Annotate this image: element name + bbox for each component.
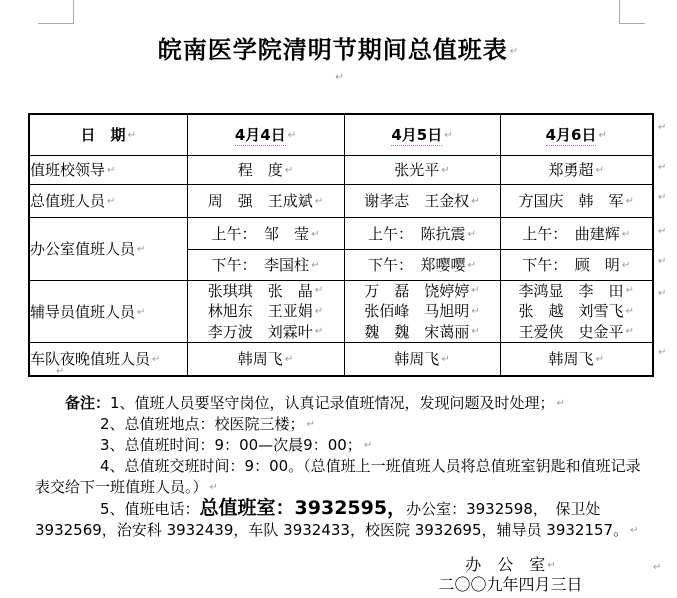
leader-cell-day3: 郑勇超↵ (500, 155, 653, 184)
row-end-mark: ↵ (658, 226, 666, 237)
table-row-office-morning: 办公室值班人员↵ 上午： 邹 莹↵ 上午： 陈抗震↵ 上午： 曲建辉↵ (29, 217, 653, 249)
general-cell-day1: 周 强 王成斌↵ (187, 184, 344, 217)
signature-office: 办 公 室↵ (403, 555, 618, 575)
paragraph-mark: ↵ (557, 398, 565, 409)
cell-end-mark: ↵ (315, 196, 323, 207)
paragraph-mark: ↵ (630, 525, 638, 536)
page-margin-corner-right (619, 0, 645, 24)
row-label-counselor-duty: 辅导员值班人员↵ (29, 280, 187, 343)
cell-end-mark: ↵ (596, 165, 604, 176)
note-item-4: 4、总值班交班时间：9：00。（总值班上一班值班人员将总值班室钥匙和值班记录表交… (35, 456, 650, 498)
header-cell-april-4: 4月4日↵ (187, 114, 344, 155)
line-end-mark: ↵ (471, 285, 479, 296)
signature-block: 办 公 室↵ 二〇〇九年四月三日 (403, 555, 618, 594)
cell-end-mark: ↵ (128, 130, 136, 141)
row-end-mark: ↵ (658, 288, 666, 299)
cell-end-mark: ↵ (598, 130, 606, 141)
office-morning-day3: 上午： 曲建辉↵ (500, 217, 653, 249)
notes-heading: 备注： (65, 394, 110, 412)
document-title-text: 皖南医学院清明节期间总值班表 (158, 36, 508, 64)
paragraph-mark: ↵ (510, 46, 519, 57)
counselor-line: 张 越 刘雪飞↵ (501, 301, 653, 322)
table-row-fleet-night: 车队夜晚值班人员↵ 韩周飞↵ 韩周飞↵ 韩周飞↵ (29, 343, 653, 376)
counselor-line: 魏 魏 宋蔼丽↵ (345, 322, 500, 343)
note-item-1: 备注：1、值班人员要坚守岗位，认真记录值班情况，发现问题及时处理；↵ (35, 393, 650, 414)
row-label-general-duty: 总值班人员↵ (29, 184, 187, 217)
fleet-cell-day2: 韩周飞↵ (344, 343, 500, 376)
cell-end-mark: ↵ (596, 354, 604, 365)
document-title: 皖南医学院清明节期间总值班表↵ (0, 30, 677, 65)
note-item-5: 5、值班电话：总值班室：3932595，办公室：3932598， 保卫处 393… (35, 498, 650, 541)
paragraph-mark: ↵ (307, 419, 315, 430)
fleet-cell-day3: 韩周飞↵ (500, 343, 653, 376)
office-afternoon-day1: 下午： 李国柱↵ (187, 249, 344, 280)
row-end-mark: ↵ (658, 122, 666, 133)
cell-end-mark: ↵ (468, 229, 476, 240)
duty-room-phone-highlight: 总值班室：3932595， (200, 497, 407, 519)
header-cell-april-6: 4月6日↵ (500, 114, 653, 155)
line-end-mark: ↵ (626, 285, 634, 296)
header-cell-date-label: 日 期↵ (29, 114, 187, 155)
cell-end-mark: ↵ (152, 354, 160, 365)
header-cell-april-5: 4月5日↵ (344, 114, 500, 155)
line-end-mark: ↵ (315, 326, 323, 337)
fleet-cell-day1: 韩周飞↵ (187, 343, 344, 376)
row-end-mark: ↵ (658, 256, 666, 267)
cell-end-mark: ↵ (107, 165, 115, 176)
general-cell-day3: 方国庆 韩 军↵ (500, 184, 653, 217)
cell-end-mark: ↵ (622, 229, 630, 240)
leader-cell-day2: 张光平↵ (344, 155, 500, 184)
row-end-mark: ↵ (658, 162, 666, 173)
note-item-3: 3、总值班时间：9：00—次晨9：00；↵ (35, 435, 650, 456)
cell-end-mark: ↵ (311, 229, 319, 240)
table-row-dates: 日 期↵ 4月4日↵ 4月5日↵ 4月6日↵ (29, 114, 653, 155)
general-cell-day2: 谢孝志 王金权↵ (344, 184, 500, 217)
note-item-2: 2、总值班地点：校医院三楼；↵ (35, 414, 650, 435)
counselor-line: 张佰峰 马旭明↵ (345, 301, 500, 322)
cell-end-mark: ↵ (288, 130, 296, 141)
paragraph-mark: ↵ (364, 440, 372, 451)
row-label-school-leader: 值班校领导↵ (29, 155, 187, 184)
cell-end-mark: ↵ (471, 196, 479, 207)
signature-date: 二〇〇九年四月三日 (403, 575, 618, 594)
row-label-fleet-night-duty: 车队夜晚值班人员↵ (29, 343, 187, 376)
cell-end-mark: ↵ (441, 354, 449, 365)
office-morning-day2: 上午： 陈抗震↵ (344, 217, 500, 249)
counselor-cell-day1: 张琪琪 张 晶↵ 林旭东 王亚娟↵ 李万波 刘霖叶↵ (187, 280, 344, 343)
empty-paragraph: ↵ (0, 65, 677, 89)
office-afternoon-day2: 下午： 郑嘤嘤↵ (344, 249, 500, 280)
notes-section: 备注：1、值班人员要坚守岗位，认真记录值班情况，发现问题及时处理；↵ 2、总值班… (35, 393, 650, 541)
paragraph-mark-footer-right: ↵ (653, 562, 661, 573)
paragraph-mark: ↵ (210, 482, 218, 493)
page-margin-corner-left (38, 0, 74, 24)
counselor-cell-day2: 万 磊 饶婷婷↵ 张佰峰 马旭明↵ 魏 魏 宋蔼丽↵ (344, 280, 500, 343)
table-row-school-leaders: 值班校领导↵ 程 度↵ 张光平↵ 郑勇超↵ (29, 155, 653, 184)
cell-end-mark: ↵ (285, 165, 293, 176)
counselor-cell-day3: 李鸿显 李 田↵ 张 越 刘雪飞↵ 王爱侠 史金平↵ (500, 280, 653, 343)
cell-end-mark: ↵ (622, 260, 630, 271)
paragraph-mark-below-table: ↵ (56, 366, 64, 377)
duty-roster-table: 日 期↵ 4月4日↵ 4月5日↵ 4月6日↵ 值班校领导↵ 程 度↵ 张光平↵ … (28, 113, 654, 377)
row-label-office-duty: 办公室值班人员↵ (29, 217, 187, 280)
cell-end-mark: ↵ (441, 165, 449, 176)
table-row-general-duty: 总值班人员↵ 周 强 王成斌↵ 谢孝志 王金权↵ 方国庆 韩 军↵ (29, 184, 653, 217)
paragraph-mark: ↵ (335, 72, 343, 83)
row-end-mark: ↵ (658, 347, 666, 358)
table-row-counselors: 辅导员值班人员↵ 张琪琪 张 晶↵ 林旭东 王亚娟↵ 李万波 刘霖叶↵ 万 磊 … (29, 280, 653, 343)
office-afternoon-day3: 下午： 顾 明↵ (500, 249, 653, 280)
cell-end-mark: ↵ (107, 196, 115, 207)
cell-end-mark: ↵ (137, 307, 145, 318)
line-end-mark: ↵ (626, 306, 634, 317)
line-end-mark: ↵ (315, 306, 323, 317)
counselor-line: 李鸿显 李 田↵ (501, 281, 653, 302)
cell-end-mark: ↵ (626, 196, 634, 207)
line-end-mark: ↵ (315, 285, 323, 296)
counselor-line: 李万波 刘霖叶↵ (188, 322, 344, 343)
cell-end-mark: ↵ (285, 354, 293, 365)
line-end-mark: ↵ (471, 326, 479, 337)
paragraph-mark: ↵ (547, 560, 555, 571)
counselor-line: 张琪琪 张 晶↵ (188, 281, 344, 302)
cell-end-mark: ↵ (311, 260, 319, 271)
office-morning-day1: 上午： 邹 莹↵ (187, 217, 344, 249)
cell-end-mark: ↵ (468, 260, 476, 271)
counselor-line: 王爱侠 史金平↵ (501, 322, 653, 343)
counselor-line: 林旭东 王亚娟↵ (188, 301, 344, 322)
line-end-mark: ↵ (471, 306, 479, 317)
leader-cell-day1: 程 度↵ (187, 155, 344, 184)
counselor-line: 万 磊 饶婷婷↵ (345, 281, 500, 302)
row-end-mark: ↵ (658, 192, 666, 203)
cell-end-mark: ↵ (137, 244, 145, 255)
line-end-mark: ↵ (626, 326, 634, 337)
cell-end-mark: ↵ (444, 130, 452, 141)
